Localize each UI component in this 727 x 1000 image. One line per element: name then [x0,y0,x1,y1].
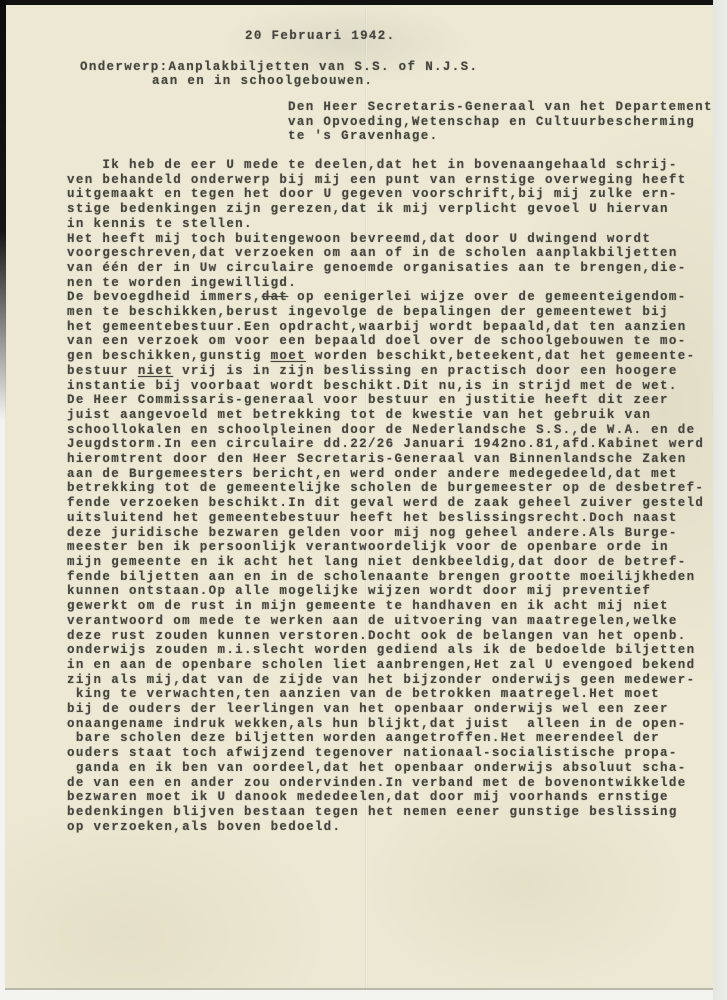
typed-line: stige bedenkingen zijn gerezen,dat ik mi… [67,202,713,217]
typed-line: Ik heb de eer U mede te deelen,dat het i… [67,158,713,173]
scan-edge-left [0,0,6,420]
date-line: 20 Februari 1942. [245,29,395,44]
typed-line: onaangename indruk wekken,als hun blijkt… [67,717,713,732]
typed-line: deze rust zouden kunnen verstoren.Docht … [67,629,713,644]
typed-line: van één der in Uw circulaire genoemde or… [67,261,713,276]
subject-line-continued: aan en in schoolgebouwen. [152,74,373,89]
typed-line: meester ben ik persoonlijk verantwoordel… [67,540,713,555]
letter-page: 20 Februari 1942. Onderwerp:Aanplakbilje… [5,5,713,990]
typed-line: hieromtrent door den Heer Secretaris-Gen… [67,452,713,467]
typed-line: zijn als mij,dat van de zijde van het bi… [67,673,713,688]
typed-line: betrekking tot de gemeentelijke scholen … [67,481,713,496]
scanned-letter: 20 Februari 1942. Onderwerp:Aanplakbilje… [0,0,727,1000]
typed-line: Jeugdstorm.In een circulaire dd.22/26 Ja… [67,437,713,452]
typed-line: van een verzoek om voor een bepaald doel… [67,334,713,349]
typed-line: ven behandeld onderwerp bij mij een punt… [67,173,713,188]
typed-line: schoollokalen en schoolpleinen door de N… [67,423,713,438]
typed-line: De bevoegdheid immers,dat op eenigerlei … [67,290,713,305]
typed-line: ganda en ik ben van oordeel,dat het open… [67,761,713,776]
typed-line: verantwoord om mede te werken aan de uit… [67,614,713,629]
subject-line: Onderwerp:Aanplakbiljetten van S.S. of N… [80,60,478,75]
typed-line: in en aan de openbare scholen liet aanbr… [67,658,713,673]
typed-line: uitgemaakt en tegen het door U gegeven v… [67,187,713,202]
typed-line: gewerkt om de rust in mijn gemeente te h… [67,599,713,614]
typed-line: bare scholen deze biljetten worden aange… [67,731,713,746]
typed-line: fende verzoeken beschikt.In dit geval we… [67,496,713,511]
typed-line: Het heeft mij toch buitengewoon bevreemd… [67,232,713,247]
typed-line: king te verwachten,ten aanzien van de be… [67,687,713,702]
typed-line: fende biljetten aan en in de scholenaant… [67,570,713,585]
typed-line: De Heer Commissaris-generaal voor bestuu… [67,393,713,408]
letter-body: Ik heb de eer U mede te deelen,dat het i… [67,158,713,834]
typed-line: juist aangevoeld met betrekking tot de k… [67,408,713,423]
typed-line: men te beschikken,berust ingevolge de be… [67,305,713,320]
typed-line: in kennis te stellen. [67,217,713,232]
scan-edge-right [713,0,727,1000]
typed-line: bedenkingen blijven bestaan tegen het ne… [67,805,713,820]
typed-line: uitsluitend het gemeentebestuur heeft he… [67,511,713,526]
typed-line: te 's Gravenhage. [288,129,713,144]
typed-line: kunnen ontstaan.Op alle mogelijke wijzen… [67,584,713,599]
typed-line: bij de ouders der leerlingen van het ope… [67,702,713,717]
typed-line: gen beschikken,gunstig moet worden besch… [67,349,713,364]
typed-line: mijn gemeente en ik acht het lang niet d… [67,555,713,570]
typed-line: de van een en ander zou ondervinden.In v… [67,776,713,791]
scan-edge-top [0,0,727,5]
typed-line: onderwijs zouden m.i.slecht worden gedie… [67,643,713,658]
typed-line: voorgeschreven,dat verzoeken om aan of i… [67,246,713,261]
typed-line: op verzoeken,als boven bedoeld. [67,820,713,835]
typed-line: bezwaren moet ik U danook mededeelen,dat… [67,790,713,805]
typed-line: van Opvoeding,Wetenschap en Cultuurbesch… [288,115,713,130]
typed-line: aan de Burgemeesters bericht,en werd ond… [67,467,713,482]
typed-line: nen te worden ingewilligd. [67,276,713,291]
typed-line: ouders staat toch afwijzend tegenover na… [67,746,713,761]
typed-line: bestuur niet vrij is in zijn beslissing … [67,364,713,379]
typed-line: Den Heer Secretaris-Generaal van het Dep… [288,100,713,115]
recipient-block: Den Heer Secretaris-Generaal van het Dep… [288,100,713,144]
typed-line: instantie bij voorbaat wordt beschikt.Di… [67,379,713,394]
typed-line: het gemeentebestuur.Een opdracht,waarbij… [67,320,713,335]
typed-line: deze juridische bezwaren gelden voor mij… [67,526,713,541]
